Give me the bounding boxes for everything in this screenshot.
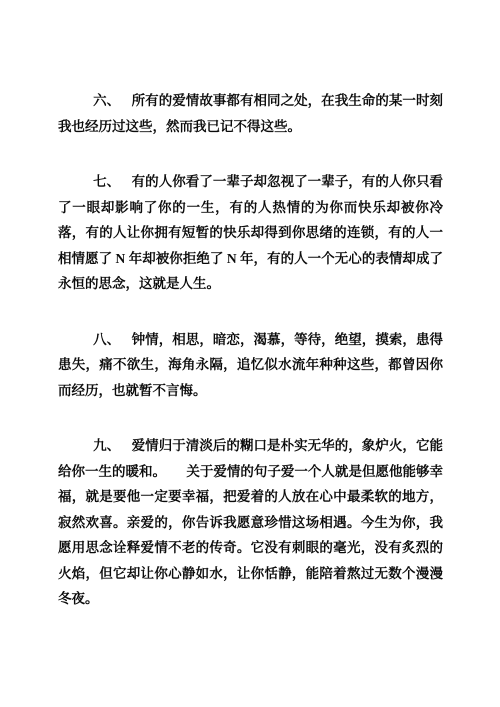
paragraph-7-number: 七、 <box>93 174 120 189</box>
paragraph-9: 九、爱情归于清淡后的糊口是朴实无华的，象炉火，它能给你一生的暖和。 关于爱情的句… <box>58 433 443 612</box>
paragraph-7: 七、有的人你看了一辈子却忽视了一辈子，有的人你只看了一眼却影响了你的一生，有的人… <box>58 169 443 297</box>
paragraph-6-number: 六、 <box>93 93 120 108</box>
paragraph-8: 八、钟情，相思，暗恋，渴慕，等待，绝望，摸索，患得患失，痛不欲生，海角永隔，追忆… <box>58 327 443 404</box>
document-page: 六、所有的爱情故事都有相同之处，在我生命的某一时刻我也经历过这些，然而我已记不得… <box>0 0 500 707</box>
paragraph-8-number: 八、 <box>93 332 120 347</box>
paragraph-9-text: 爱情归于清淡后的糊口是朴实无华的，象炉火，它能给你一生的暖和。 关于爱情的句子爱… <box>58 438 443 606</box>
paragraph-7-text: 有的人你看了一辈子却忽视了一辈子，有的人你只看了一眼却影响了你的一生，有的人热情… <box>58 174 443 291</box>
paragraph-6: 六、所有的爱情故事都有相同之处，在我生命的某一时刻我也经历过这些，然而我已记不得… <box>58 88 443 139</box>
text-block: 六、所有的爱情故事都有相同之处，在我生命的某一时刻我也经历过这些，然而我已记不得… <box>0 0 500 612</box>
paragraph-9-number: 九、 <box>93 438 120 453</box>
